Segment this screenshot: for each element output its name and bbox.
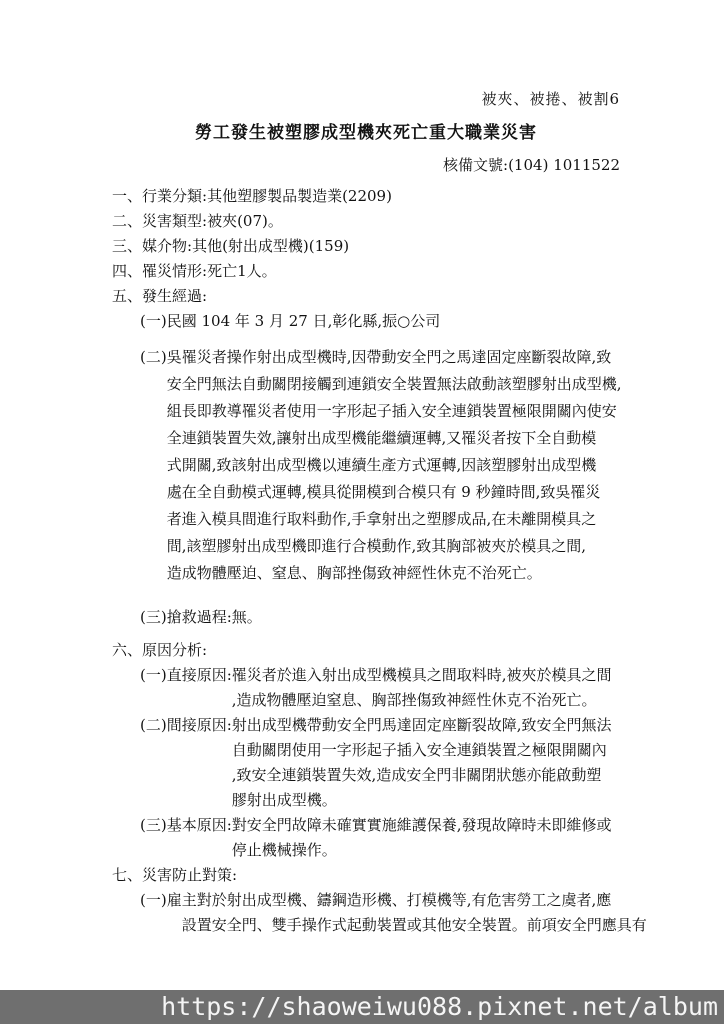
watermark-bar: https://shaoweiwu088.pixnet.net/album xyxy=(0,990,724,1024)
item-text: 災害防止對策: xyxy=(142,863,620,888)
prevention-sub-1: (一) 雇主對於射出成型機、鑄鋼造形機、打模機等,有危害勞工之虞者,應 設置安全… xyxy=(140,888,620,938)
sub-number: (二) xyxy=(140,713,167,813)
occurrence-sub-2: (二) 吳罹災者操作射出成型機時,因帶動安全門之馬達固定座斷裂故障,致 安全門無… xyxy=(140,344,620,587)
sub-number: (二) xyxy=(140,344,167,587)
item-industry-class: 一、 行業分類:其他塑膠製品製造業(2209) xyxy=(112,184,620,209)
item-number: 三、 xyxy=(112,234,142,259)
header-note: 被夾、被捲、被割6 xyxy=(112,86,620,112)
text-line: 射出成型機帶動安全門馬達固定座斷裂故障,致安全門無法 xyxy=(232,713,620,738)
cause-direct: (一) 直接原因: 罹災者於進入射出成型機模具之間取料時,被夾於模具之間 ,造成… xyxy=(140,663,620,713)
sub-lines: 罹災者於進入射出成型機模具之間取料時,被夾於模具之間 ,造成物體壓迫窒息、胸部挫… xyxy=(232,663,620,713)
text-line: 處在全自動模式運轉,模具從開模到合模只有 9 秒鐘時間,致吳罹災 xyxy=(167,479,622,506)
item-text: 發生經過: xyxy=(142,284,620,309)
occurrence-subsection: (一) 民國 104 年 3 月 27 日,彰化縣,振○公司 (二) 吳罹災者操… xyxy=(112,309,620,630)
sub-heading: 基本原因: xyxy=(167,813,232,863)
item-text: 媒介物:其他(射出成型機)(159) xyxy=(142,234,620,259)
page-title: 勞工發生被塑膠成型機夾死亡重大職業災害 xyxy=(112,118,620,148)
document-page: 被夾、被捲、被割6 勞工發生被塑膠成型機夾死亡重大職業災害 核備文號:(104)… xyxy=(0,0,724,1024)
occurrence-sub-1: (一) 民國 104 年 3 月 27 日,彰化縣,振○公司 xyxy=(140,309,620,334)
text-line: 間,該塑膠射出成型機即進行合模動作,致其胸部被夾於模具之間, xyxy=(167,533,622,560)
document-content: 被夾、被捲、被割6 勞工發生被塑膠成型機夾死亡重大職業災害 核備文號:(104)… xyxy=(112,86,620,938)
text-line: 自動關閉使用一字形起子插入安全連鎖裝置之極限開關內 xyxy=(232,738,620,763)
sub-number: (一) xyxy=(140,663,167,713)
sub-heading: 直接原因: xyxy=(167,663,232,713)
doc-number: 核備文號:(104) 1011522 xyxy=(112,152,620,178)
text-line: 式開關,致該射出成型機以連續生產方式運轉,因該塑膠射出成型機 xyxy=(167,452,622,479)
sub-number: (三) xyxy=(140,605,167,630)
item-number: 四、 xyxy=(112,259,142,284)
occurrence-sub-3: (三) 搶救過程:無。 xyxy=(140,605,620,630)
text-line: 罹災者於進入射出成型機模具之間取料時,被夾於模具之間 xyxy=(232,663,620,688)
item-cause-analysis-heading: 六、 原因分析: xyxy=(112,638,620,663)
item-disaster-type: 二、 災害類型:被夾(07)。 xyxy=(112,209,620,234)
item-text: 原因分析: xyxy=(142,638,620,663)
text-line: 設置安全門、雙手操作式起動裝置或其他安全裝置。前項安全門應具有 xyxy=(167,913,647,938)
text-line: 造成物體壓迫、窒息、胸部挫傷致神經性休克不治死亡。 xyxy=(167,560,622,587)
item-number: 七、 xyxy=(112,863,142,888)
item-number: 五、 xyxy=(112,284,142,309)
text-line: ,造成物體壓迫窒息、胸部挫傷致神經性休克不治死亡。 xyxy=(232,688,620,713)
item-casualty: 四、 罹災情形:死亡1人。 xyxy=(112,259,620,284)
prevention-subsection: (一) 雇主對於射出成型機、鑄鋼造形機、打模機等,有危害勞工之虞者,應 設置安全… xyxy=(112,888,620,938)
sub-lines: 射出成型機帶動安全門馬達固定座斷裂故障,致安全門無法 自動關閉使用一字形起子插入… xyxy=(232,713,620,813)
text-line: 搶救過程:無。 xyxy=(167,605,620,630)
text-line: 吳罹災者操作射出成型機時,因帶動安全門之馬達固定座斷裂故障,致 xyxy=(167,344,622,371)
text-line: 者進入模具間進行取料動作,手拿射出之塑膠成品,在未離開模具之 xyxy=(167,506,622,533)
text-line: 民國 104 年 3 月 27 日,彰化縣,振○公司 xyxy=(167,309,620,334)
item-number: 六、 xyxy=(112,638,142,663)
sub-number: (一) xyxy=(140,888,167,938)
item-occurrence-heading: 五、 發生經過: xyxy=(112,284,620,309)
sub-number: (一) xyxy=(140,309,167,334)
sub-lines: 民國 104 年 3 月 27 日,彰化縣,振○公司 xyxy=(167,309,620,334)
cause-indirect: (二) 間接原因: 射出成型機帶動安全門馬達固定座斷裂故障,致安全門無法 自動關… xyxy=(140,713,620,813)
item-number: 二、 xyxy=(112,209,142,234)
text-line: 全連鎖裝置失效,讓射出成型機能繼續運轉,又罹災者按下全自動模 xyxy=(167,425,622,452)
text-line: 停止機械操作。 xyxy=(232,838,620,863)
item-text: 災害類型:被夾(07)。 xyxy=(142,209,620,234)
item-text: 行業分類:其他塑膠製品製造業(2209) xyxy=(142,184,620,209)
text-line: 膠射出成型機。 xyxy=(232,788,620,813)
item-number: 一、 xyxy=(112,184,142,209)
document-body: 一、 行業分類:其他塑膠製品製造業(2209) 二、 災害類型:被夾(07)。 … xyxy=(112,184,620,938)
text-line: 安全門無法自動關閉接觸到連鎖安全裝置無法啟動該塑膠射出成型機, xyxy=(167,371,622,398)
text-line: 組長即教導罹災者使用一字形起子插入安全連鎖裝置極限開關內使安 xyxy=(167,398,622,425)
item-text: 罹災情形:死亡1人。 xyxy=(142,259,620,284)
text-line: ,致安全連鎖裝置失效,造成安全門非關閉狀態亦能啟動塑 xyxy=(232,763,620,788)
sub-number: (三) xyxy=(140,813,167,863)
sub-heading: 間接原因: xyxy=(167,713,232,813)
sub-lines: 對安全門故障未確實實施維護保養,發現故障時未即維修或 停止機械操作。 xyxy=(232,813,620,863)
sub-lines: 搶救過程:無。 xyxy=(167,605,620,630)
sub-lines: 吳罹災者操作射出成型機時,因帶動安全門之馬達固定座斷裂故障,致 安全門無法自動關… xyxy=(167,344,622,587)
text-line: 雇主對於射出成型機、鑄鋼造形機、打模機等,有危害勞工之虞者,應 xyxy=(167,888,647,913)
text-line: 對安全門故障未確實實施維護保養,發現故障時未即維修或 xyxy=(232,813,620,838)
cause-basic: (三) 基本原因: 對安全門故障未確實實施維護保養,發現故障時未即維修或 停止機… xyxy=(140,813,620,863)
item-medium: 三、 媒介物:其他(射出成型機)(159) xyxy=(112,234,620,259)
watermark-url-text: https://shaoweiwu088.pixnet.net/album xyxy=(161,990,724,1024)
item-prevention-heading: 七、 災害防止對策: xyxy=(112,863,620,888)
sub-lines: 雇主對於射出成型機、鑄鋼造形機、打模機等,有危害勞工之虞者,應 設置安全門、雙手… xyxy=(167,888,647,938)
cause-analysis-subsection: (一) 直接原因: 罹災者於進入射出成型機模具之間取料時,被夾於模具之間 ,造成… xyxy=(112,663,620,863)
